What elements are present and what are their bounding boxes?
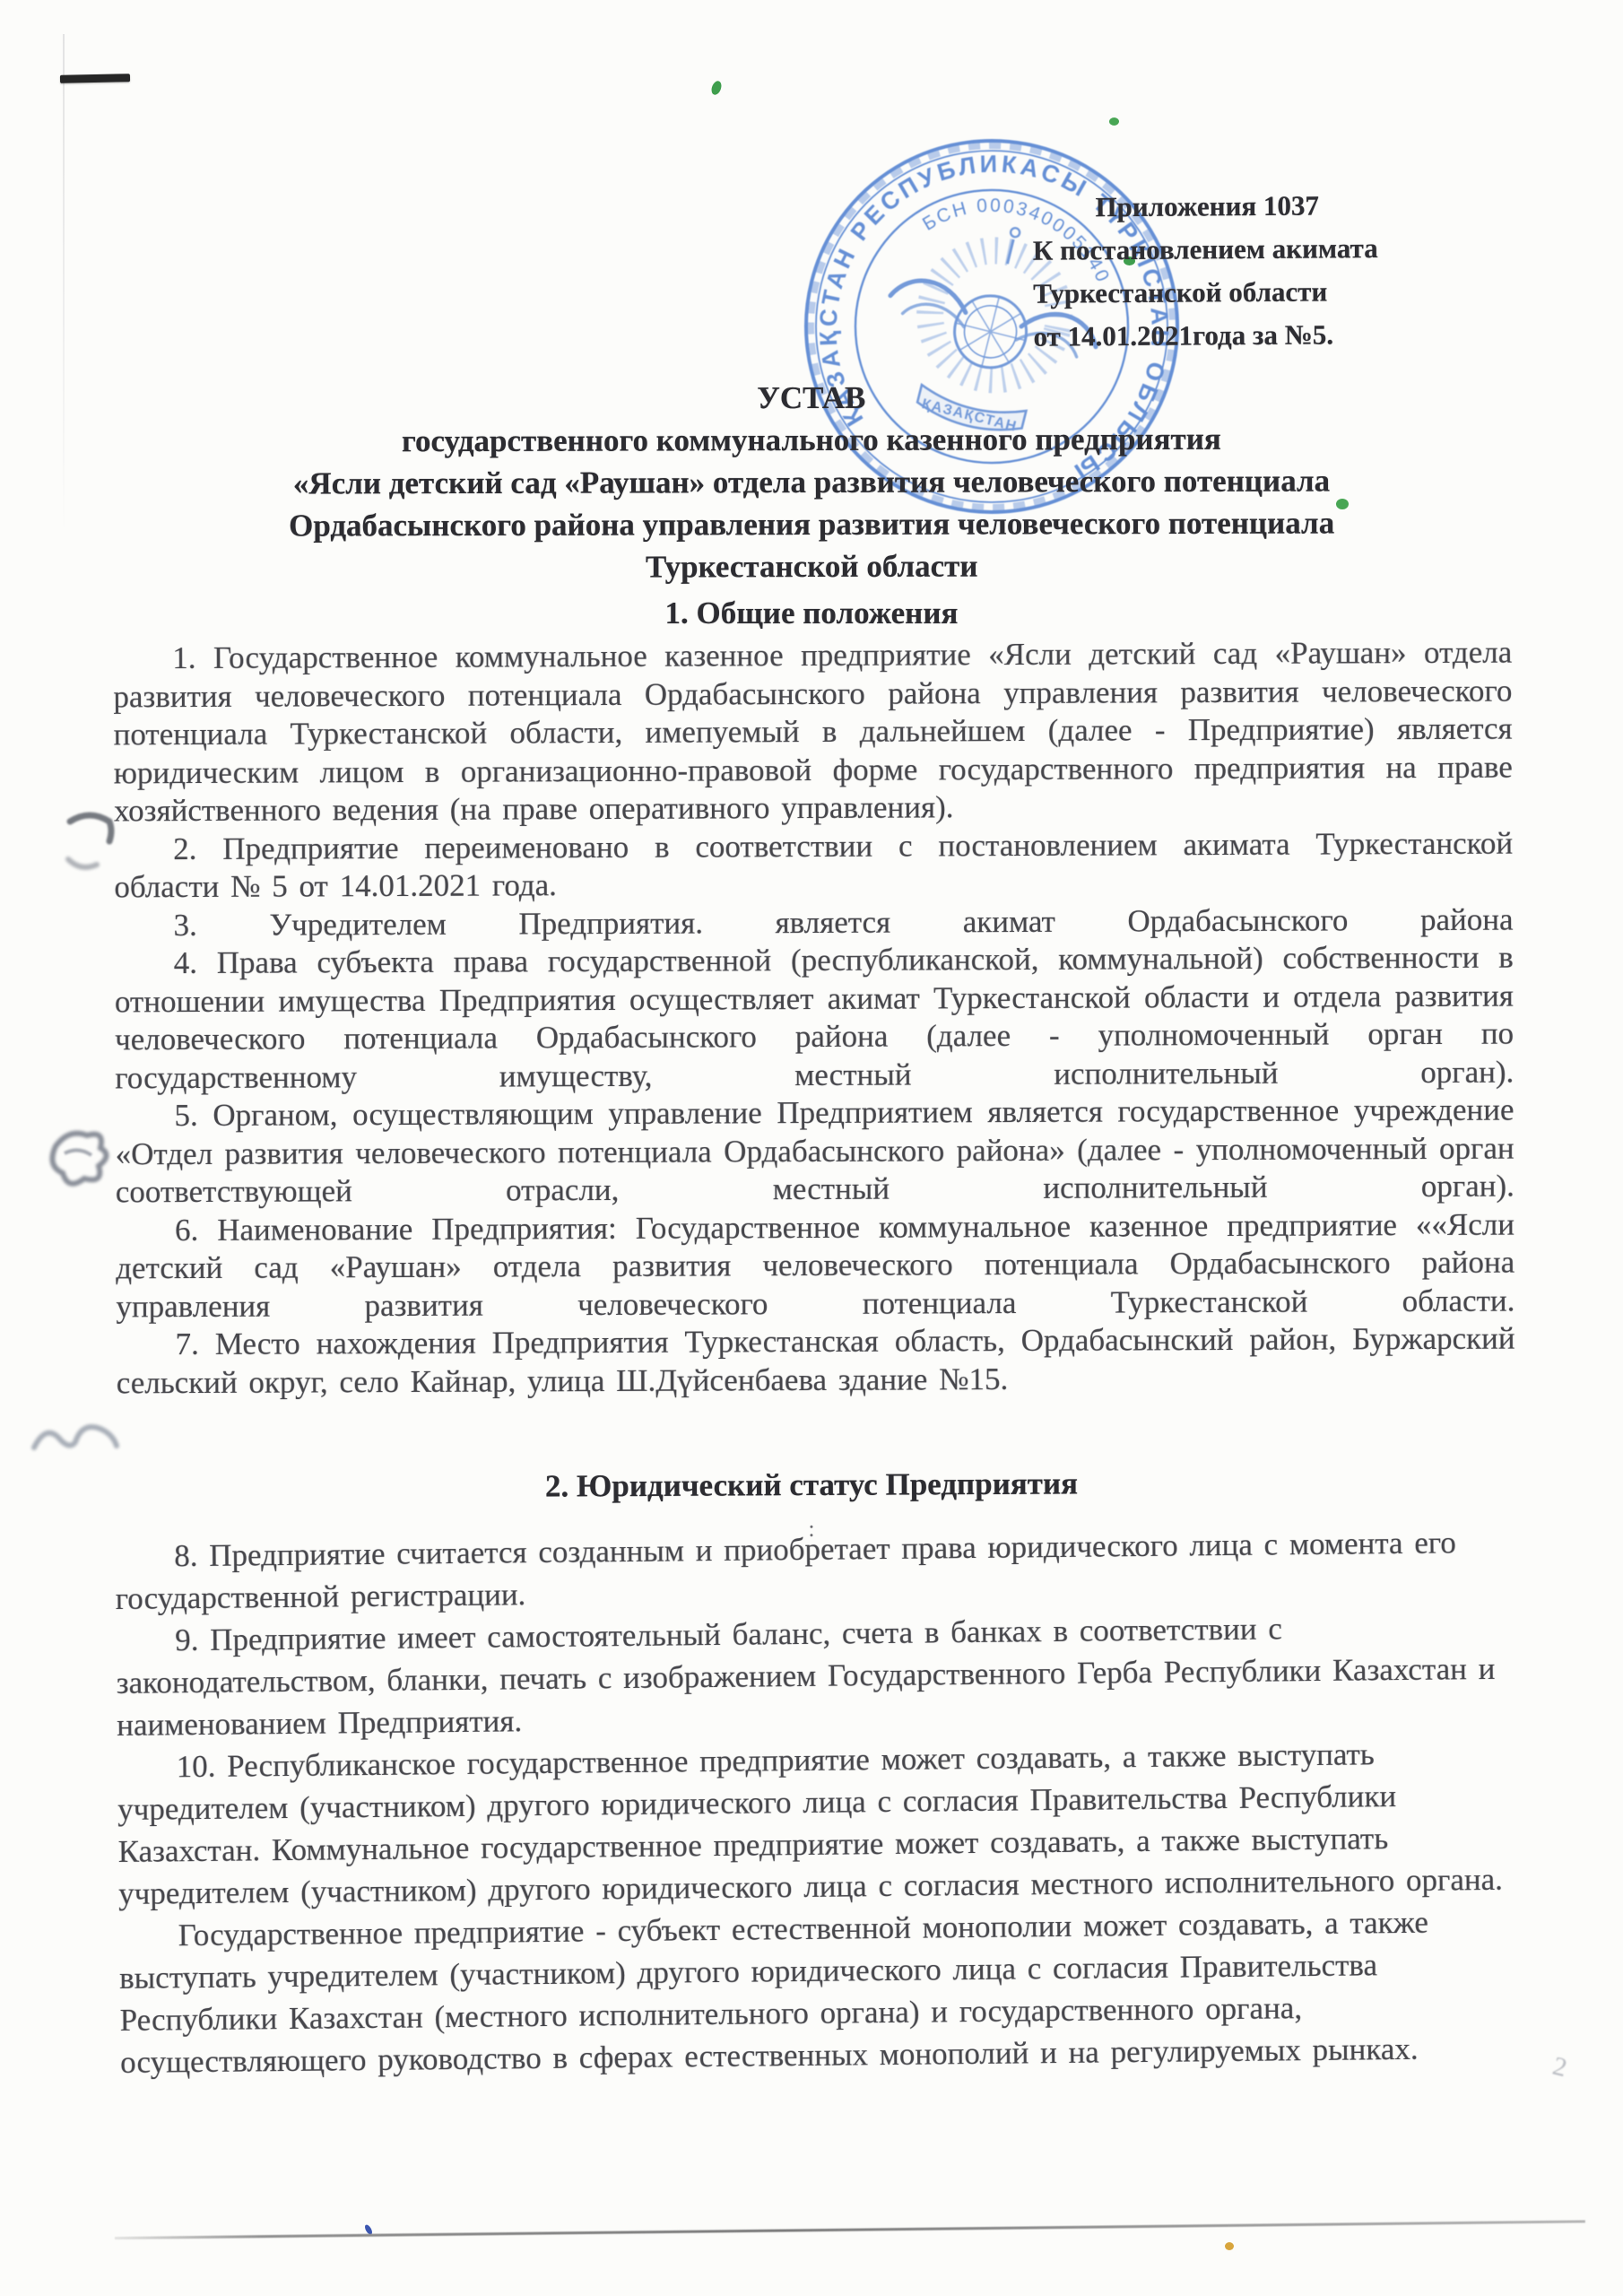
ink-scribble-mark — [38, 1119, 118, 1205]
orange-speck — [1225, 2242, 1234, 2250]
section-1-body: 1. Государственное коммунальное казенное… — [113, 634, 1515, 1403]
title-line: государственного коммунального казенного… — [0, 417, 1623, 464]
title-line: «Ясли детский сад «Раушан» отдела развит… — [0, 459, 1623, 506]
section-2-heading: 2. Юридический статус Предприятия — [0, 1463, 1623, 1507]
title-line: Туркестанской области — [0, 544, 1623, 590]
paragraph: 2. Предприятие переименовано в соответст… — [114, 824, 1513, 907]
paragraph: 7. Место нахождения Предприятия Туркеста… — [116, 1320, 1515, 1403]
paragraph: 3. Учредителем Предприятия. является аки… — [114, 900, 1513, 944]
document-title: УСТАВ государственного коммунального каз… — [0, 375, 1623, 590]
green-speck — [1109, 117, 1119, 126]
reference-line: Туркестанской области — [1033, 269, 1481, 315]
section-1-heading: 1. Общие положения — [0, 596, 1623, 631]
title-line: Ордабасынского района управления развити… — [0, 501, 1623, 548]
reference-line: К постановлением акимата — [1033, 226, 1481, 272]
scanned-charter-page: { "document": { "reference": { "lines": … — [0, 0, 1623, 2296]
green-speck — [710, 80, 724, 96]
pen-squiggle-mark — [27, 1410, 126, 1464]
scan-bottom-line — [115, 2220, 1585, 2239]
scan-mark-bar — [60, 74, 130, 83]
paragraph: 8. Предприятие считается созданным и при… — [115, 1521, 1515, 1620]
faint-page-mark: 2 — [1549, 2051, 1570, 2084]
paragraph: 5. Органом, осуществляющим управление Пр… — [115, 1091, 1515, 1212]
reference-line: от 14.01.2021года за №5. — [1033, 312, 1481, 358]
paragraph: 1. Государственное коммунальное казенное… — [113, 634, 1513, 831]
paragraph: 9. Предприятие имеет самостоятельный бал… — [116, 1605, 1515, 1746]
section-2-body: 8. Предприятие считается созданным и при… — [115, 1521, 1519, 2083]
reference-line: Приложения 1037 — [1032, 183, 1480, 229]
approval-reference-block: Приложения 1037 К постановлением акимата… — [1032, 183, 1481, 358]
paragraph: Государственное предприятие - субъект ес… — [118, 1900, 1519, 2083]
paragraph: 10. Республиканское государственное пред… — [117, 1732, 1517, 1915]
paragraph: 4. Права субъекта права государственной … — [115, 939, 1515, 1098]
title-line: УСТАВ — [0, 375, 1623, 422]
paragraph: 6. Наименование Предприятия: Государстве… — [116, 1205, 1515, 1326]
